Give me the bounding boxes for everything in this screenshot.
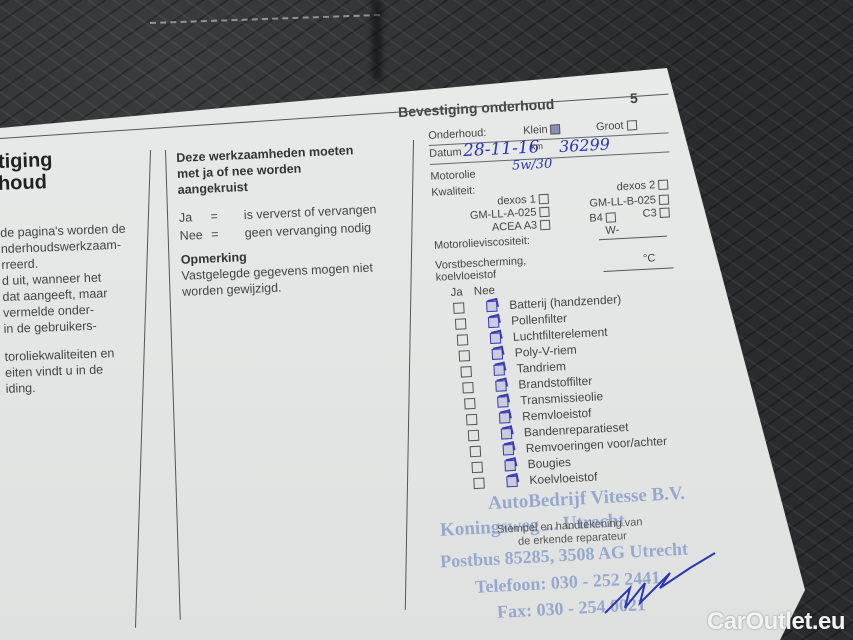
viscositeit-unit: W- bbox=[605, 224, 619, 237]
groot-option[interactable]: Groot bbox=[596, 119, 637, 133]
nee-header: Nee bbox=[474, 285, 496, 298]
legend-nee-eq: = bbox=[211, 225, 242, 242]
c3-label: C3 bbox=[642, 207, 657, 220]
maintenance-form: Onderhoud: Klein Groot Datum 28-11-16 km… bbox=[428, 117, 692, 493]
legend-ja-key: Ja bbox=[179, 209, 208, 226]
checklist-item-label: Koelvloeistof bbox=[529, 470, 598, 488]
ja-checkbox[interactable] bbox=[453, 303, 465, 315]
km-label: km bbox=[531, 141, 544, 152]
datum-label: Datum bbox=[429, 146, 462, 160]
checklist-item-label: Bougies bbox=[527, 455, 571, 471]
gm-ll-a-checkbox[interactable] bbox=[539, 207, 550, 218]
c3-checkbox[interactable] bbox=[659, 208, 670, 219]
dexos2-checkbox[interactable] bbox=[658, 180, 669, 191]
option-c3[interactable]: C3 bbox=[642, 206, 670, 219]
left-paragraphs: de pagina's worden de nderhoudswerkzaam-… bbox=[0, 221, 131, 397]
seat-seam bbox=[372, 0, 382, 80]
checklist-item-label: Pollenfilter bbox=[511, 311, 568, 328]
left-title-line2: houd bbox=[0, 171, 47, 195]
km-value[interactable]: 36299 bbox=[559, 135, 611, 157]
legend-ja-value: is ververst of vervangen bbox=[244, 202, 377, 222]
legend-ja-eq: = bbox=[210, 207, 241, 224]
b4-checkbox[interactable] bbox=[606, 212, 617, 223]
watermark-caroutlet: CarOutlet.eu bbox=[707, 608, 845, 636]
checklist-item-label: Transmissieolie bbox=[520, 389, 604, 407]
legend-nee-key: Nee bbox=[179, 227, 208, 244]
nee-checkbox[interactable] bbox=[503, 444, 515, 456]
left-title-line1: tiging bbox=[0, 149, 53, 173]
viscositeit-label: Motorolieviscositeit: bbox=[434, 235, 530, 252]
ja-checkbox[interactable] bbox=[457, 335, 469, 347]
checklist: Batterij (handzender)PollenfilterLuchtfi… bbox=[437, 289, 692, 494]
ja-checkbox[interactable] bbox=[468, 430, 480, 442]
nee-checkbox[interactable] bbox=[495, 381, 507, 393]
motorolie-value[interactable]: 5w/30 bbox=[512, 157, 553, 174]
ja-checkbox[interactable] bbox=[460, 366, 472, 378]
nee-checkbox[interactable] bbox=[488, 317, 500, 329]
groot-checkbox[interactable] bbox=[626, 120, 637, 131]
klein-option[interactable]: Klein bbox=[523, 123, 561, 137]
groot-label: Groot bbox=[596, 120, 624, 133]
option-b4[interactable]: B4 bbox=[589, 211, 616, 224]
checklist-item-label: Tandriem bbox=[516, 359, 566, 376]
acea-a3-label: ACEA A3 bbox=[492, 219, 538, 233]
checklist-item-label: Remvloeistof bbox=[522, 406, 592, 424]
ja-checkbox[interactable] bbox=[459, 350, 471, 362]
nee-checkbox[interactable] bbox=[497, 397, 509, 409]
ja-checkbox[interactable] bbox=[455, 319, 467, 331]
dexos1-checkbox[interactable] bbox=[539, 194, 550, 205]
acea-a3-checkbox[interactable] bbox=[540, 220, 551, 231]
ja-checkbox[interactable] bbox=[464, 398, 476, 410]
nee-checkbox[interactable] bbox=[506, 476, 518, 488]
nee-checkbox[interactable] bbox=[499, 412, 511, 424]
nee-checkbox[interactable] bbox=[490, 333, 502, 345]
ja-checkbox[interactable] bbox=[462, 382, 474, 394]
option-dexos2[interactable]: dexos 2 bbox=[616, 179, 668, 194]
checklist-item-label: Brandstoffilter bbox=[518, 374, 592, 392]
motorolie-label: Motorolie bbox=[430, 169, 476, 183]
signature bbox=[600, 548, 720, 618]
klein-checkbox[interactable] bbox=[550, 124, 561, 135]
ja-checkbox[interactable] bbox=[466, 414, 478, 426]
middle-column: Deze werkzaamheden moeten met ja of nee … bbox=[176, 141, 380, 299]
ja-checkbox[interactable] bbox=[470, 446, 482, 458]
ja-checkbox[interactable] bbox=[471, 462, 483, 474]
dexos2-label: dexos 2 bbox=[616, 179, 655, 193]
nee-checkbox[interactable] bbox=[492, 349, 504, 361]
b4-label: B4 bbox=[589, 212, 603, 225]
ja-header: Ja bbox=[450, 286, 463, 299]
dexos1-label: dexos 1 bbox=[497, 193, 536, 207]
nee-checkbox[interactable] bbox=[501, 428, 513, 440]
checklist-item-label: Poly-V-riem bbox=[514, 343, 577, 360]
nee-checkbox[interactable] bbox=[493, 365, 505, 377]
nee-checkbox[interactable] bbox=[504, 460, 516, 472]
nee-checkbox[interactable] bbox=[486, 301, 498, 313]
klein-label: Klein bbox=[523, 124, 548, 137]
ja-checkbox[interactable] bbox=[473, 478, 485, 490]
page-number: 5 bbox=[630, 90, 639, 106]
vorst-unit: °C bbox=[643, 252, 656, 265]
gm-ll-b-checkbox[interactable] bbox=[659, 195, 670, 206]
